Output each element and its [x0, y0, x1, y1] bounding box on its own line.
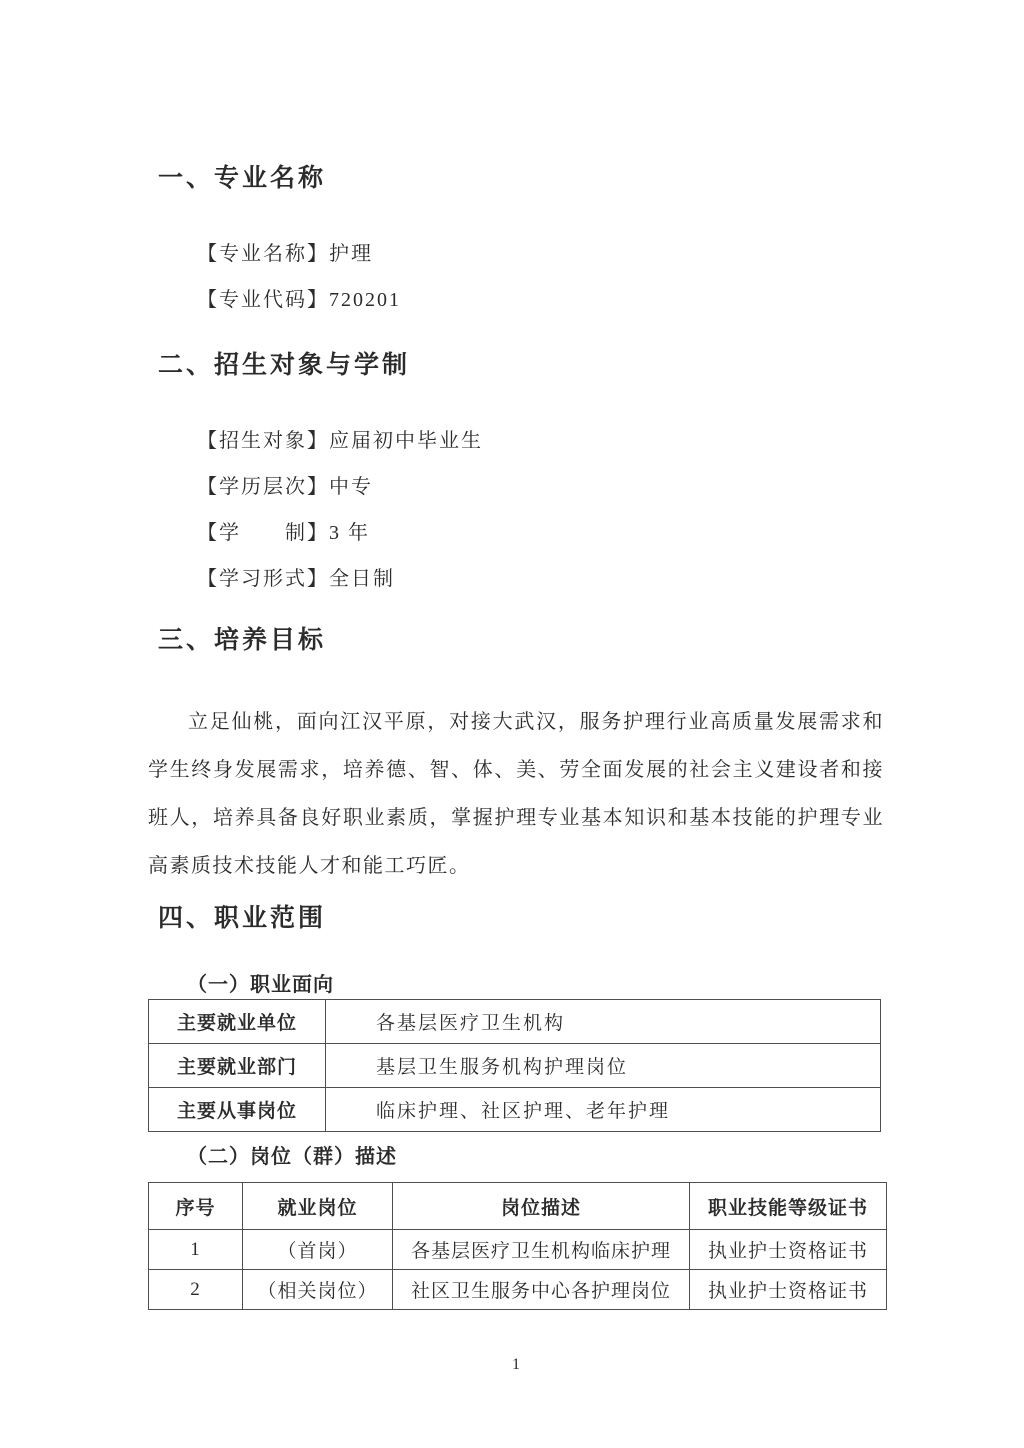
subsection-title-post-description: （二）岗位（群）描述	[187, 1144, 884, 1170]
header-post-description: 岗位描述	[393, 1183, 690, 1230]
field-value: 护理	[329, 243, 373, 265]
field-study-form: 【学习形式】全日制	[197, 564, 884, 610]
row-label-employer: 主要就业单位	[149, 1000, 326, 1044]
table-row: 2 （相关岗位） 社区卫生服务中心各护理岗位 执业护士资格证书	[149, 1270, 887, 1310]
field-label: 【学 制】	[197, 522, 329, 544]
header-skill-certificate: 职业技能等级证书	[690, 1183, 887, 1230]
table-header-row: 序号 就业岗位 岗位描述 职业技能等级证书	[149, 1183, 887, 1230]
field-major-code: 【专业代码】720201	[197, 285, 884, 331]
section-title-career-scope: 四、职业范围	[158, 903, 884, 935]
header-serial-number: 序号	[149, 1183, 243, 1230]
field-value: 应届初中毕业生	[329, 430, 483, 452]
post-description-table: 序号 就业岗位 岗位描述 职业技能等级证书 1 （首岗） 各基层医疗卫生机构临床…	[148, 1182, 887, 1310]
row-label-department: 主要就业部门	[149, 1044, 326, 1088]
field-schooling-years: 【学 制】3 年	[197, 518, 884, 564]
field-label: 【专业名称】	[197, 243, 329, 265]
career-orientation-table: 主要就业单位 各基层医疗卫生机构 主要就业部门 基层卫生服务机构护理岗位 主要从…	[148, 999, 881, 1132]
cell-serial: 2	[149, 1270, 243, 1310]
training-objective-paragraph: 立足仙桃，面向江汉平原，对接大武汉，服务护理行业高质量发展需求和学生终身发展需求…	[148, 698, 884, 890]
row-label-positions: 主要从事岗位	[149, 1088, 326, 1132]
table-row: 1 （首岗） 各基层医疗卫生机构临床护理 执业护士资格证书	[149, 1230, 887, 1270]
section-title-enrollment: 二、招生对象与学制	[158, 350, 884, 382]
enrollment-fields: 【招生对象】应届初中毕业生 【学历层次】中专 【学 制】3 年 【学习形式】全日…	[197, 426, 884, 610]
table-row: 主要从事岗位 临床护理、社区护理、老年护理	[149, 1088, 881, 1132]
field-label: 【专业代码】	[197, 289, 329, 311]
field-education-level: 【学历层次】中专	[197, 472, 884, 518]
field-value: 全日制	[329, 568, 395, 590]
field-value: 720201	[329, 289, 401, 311]
field-value: 中专	[329, 476, 373, 498]
cell-serial: 1	[149, 1230, 243, 1270]
cell-certificate: 执业护士资格证书	[690, 1230, 887, 1270]
field-label: 【招生对象】	[197, 430, 329, 452]
table-row: 主要就业部门 基层卫生服务机构护理岗位	[149, 1044, 881, 1088]
cell-post: （相关岗位）	[243, 1270, 393, 1310]
major-name-fields: 【专业名称】护理 【专业代码】720201	[197, 239, 884, 331]
cell-certificate: 执业护士资格证书	[690, 1270, 887, 1310]
cell-description: 各基层医疗卫生机构临床护理	[393, 1230, 690, 1270]
row-value-employer: 各基层医疗卫生机构	[326, 1000, 881, 1044]
field-label: 【学习形式】	[197, 568, 329, 590]
row-value-department: 基层卫生服务机构护理岗位	[326, 1044, 881, 1088]
field-label: 【学历层次】	[197, 476, 329, 498]
row-value-positions: 临床护理、社区护理、老年护理	[326, 1088, 881, 1132]
subsection-title-career-orientation: （一）职业面向	[187, 972, 884, 998]
table-row: 主要就业单位 各基层医疗卫生机构	[149, 1000, 881, 1044]
cell-description: 社区卫生服务中心各护理岗位	[393, 1270, 690, 1310]
field-enrollment-target: 【招生对象】应届初中毕业生	[197, 426, 884, 472]
header-employment-post: 就业岗位	[243, 1183, 393, 1230]
document-page: 一、专业名称 【专业名称】护理 【专业代码】720201 二、招生对象与学制 【…	[0, 0, 1024, 1448]
document-content: 一、专业名称 【专业名称】护理 【专业代码】720201 二、招生对象与学制 【…	[148, 0, 884, 1374]
field-major-name: 【专业名称】护理	[197, 239, 884, 285]
field-value: 3 年	[329, 522, 370, 544]
cell-post: （首岗）	[243, 1230, 393, 1270]
section-title-training-objective: 三、培养目标	[158, 625, 884, 657]
page-number: 1	[148, 1356, 884, 1374]
section-title-major-name: 一、专业名称	[158, 163, 884, 195]
